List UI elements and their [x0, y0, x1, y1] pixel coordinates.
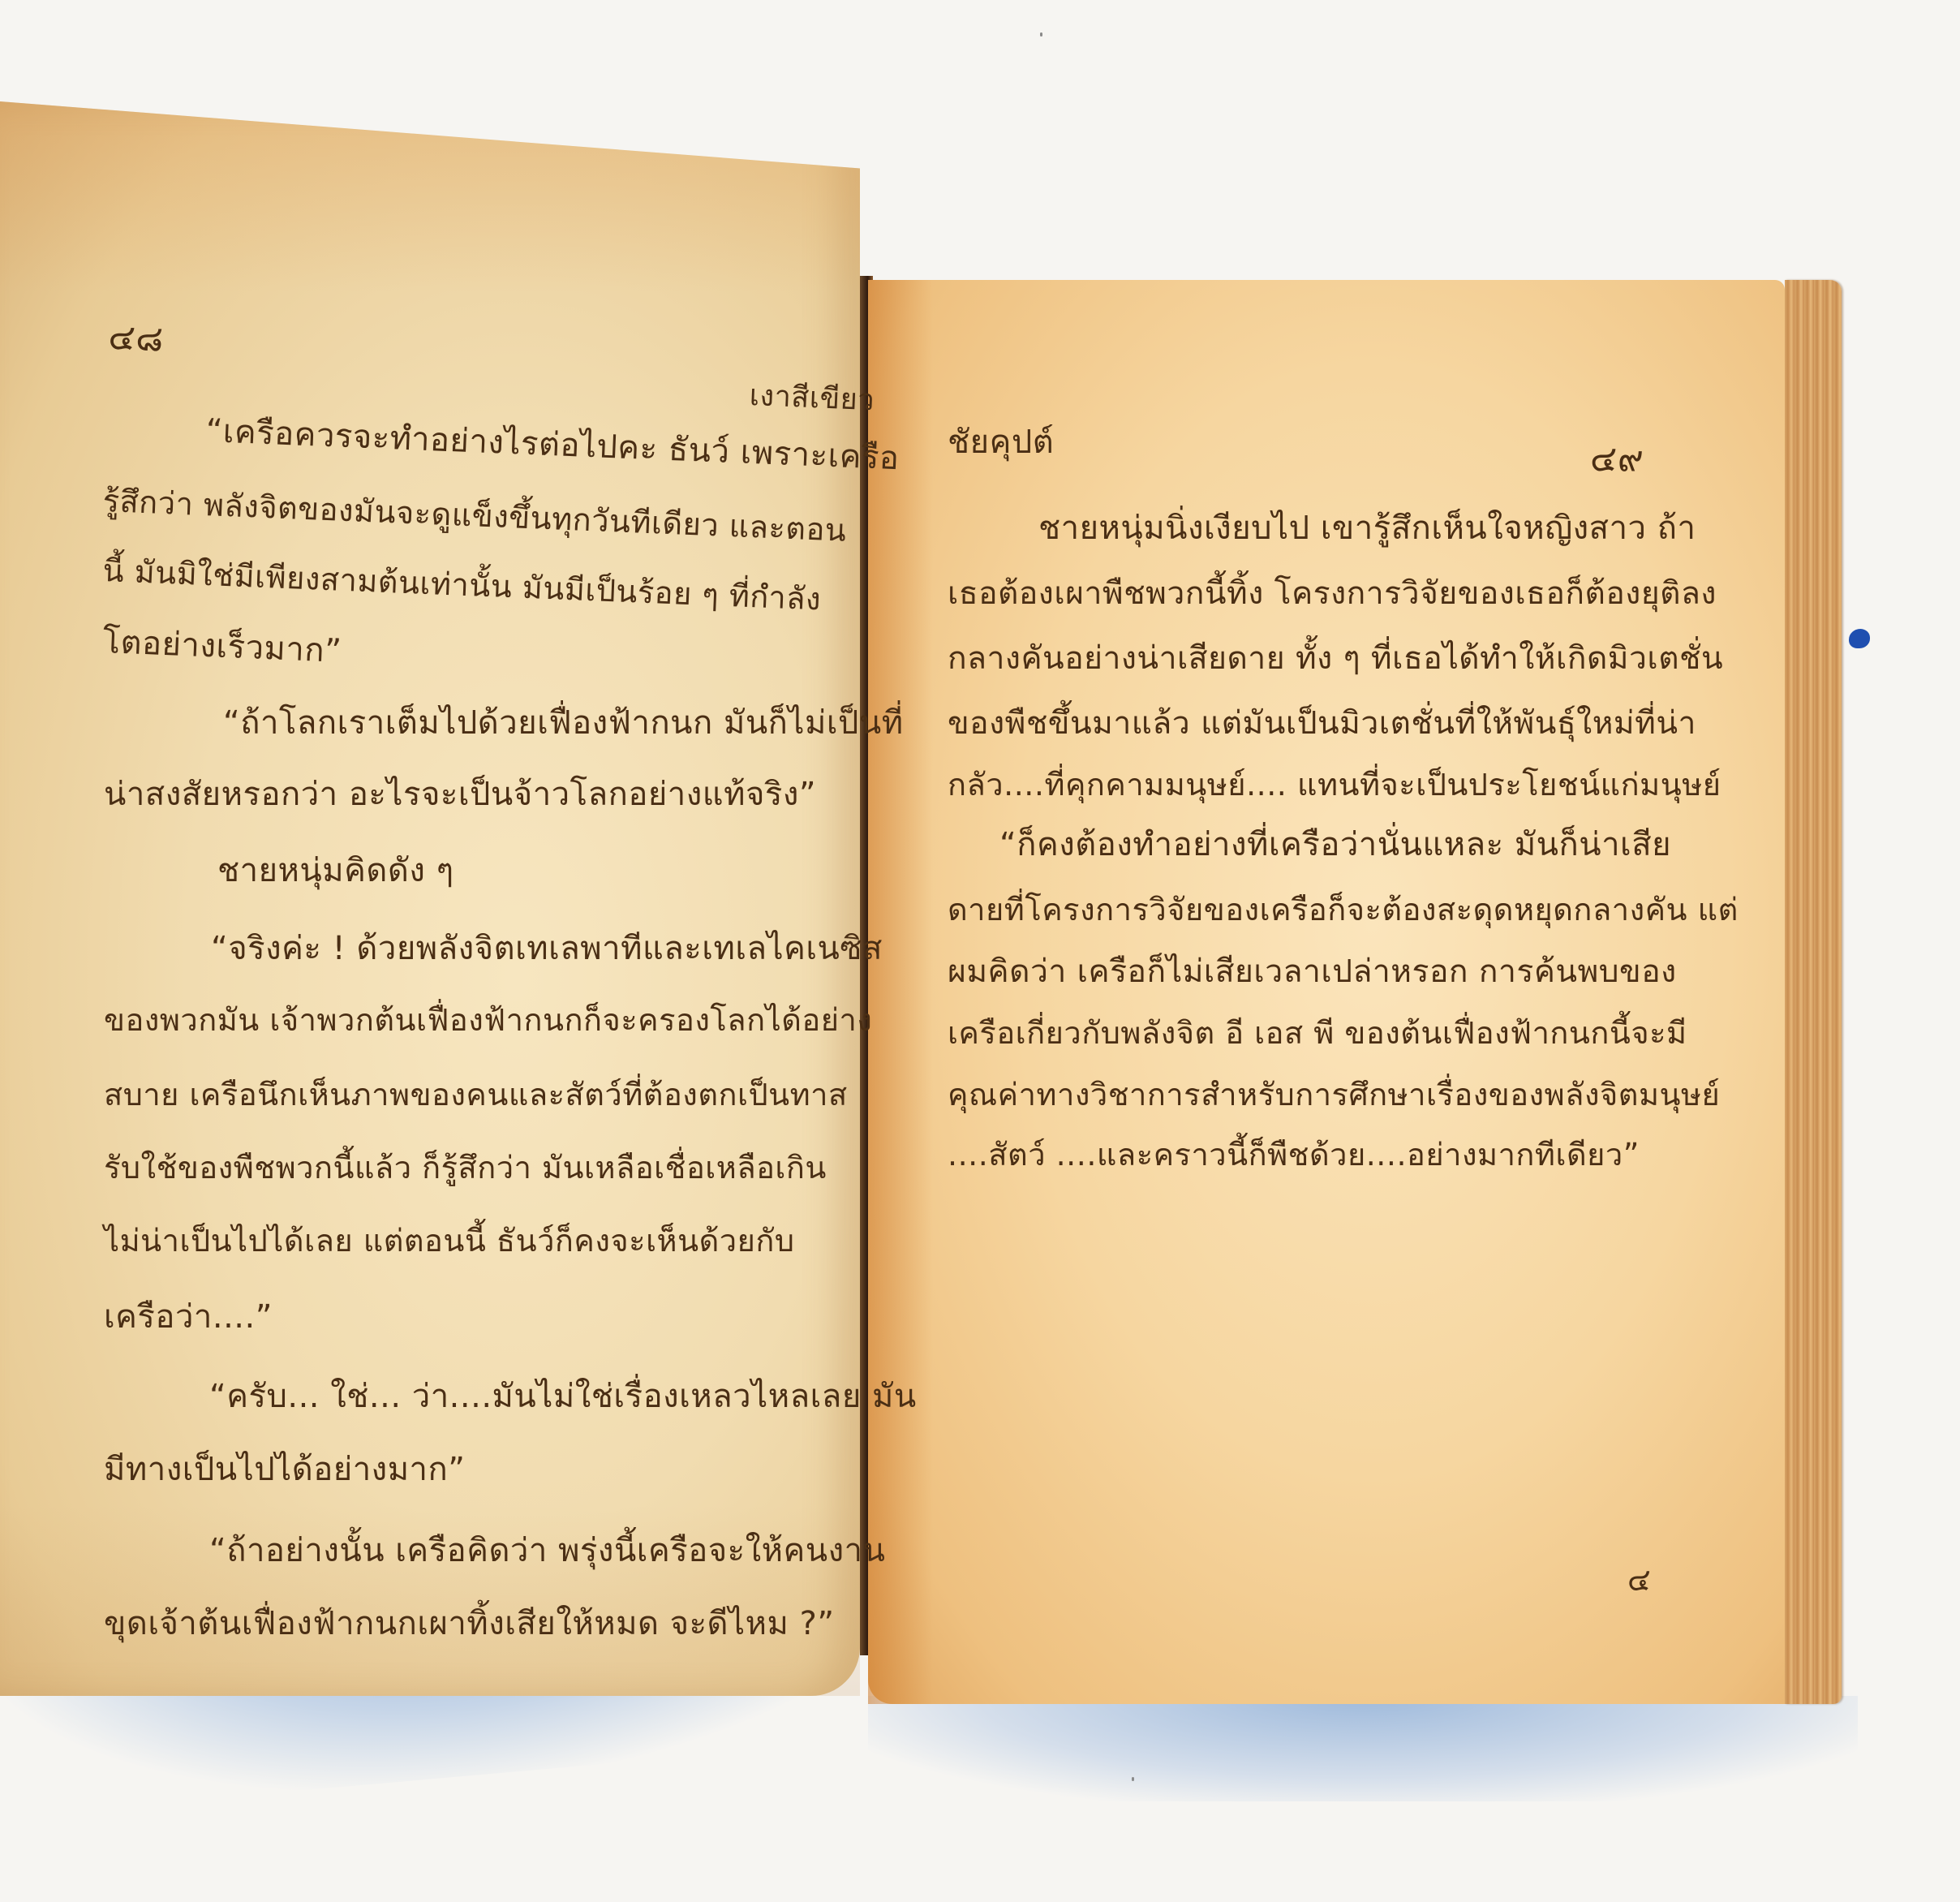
right-line: ชายหนุ่มนิ่งเงียบไป เขารู้สึกเห็นใจหญิงส…	[1038, 501, 1696, 553]
right-line: ของพืชขึ้นมาแล้ว แต่มันเป็นมิวเตชั่นที่ใ…	[948, 698, 1696, 748]
right-line: เธอต้องเผาพืชพวกนี้ทิ้ง โครงการวิจัยของเ…	[948, 568, 1717, 618]
signature-mark: ๔	[1627, 1555, 1651, 1604]
left-line: รับใช้ของพืชพวกนี้แล้ว ก็รู้สึกว่า มันเห…	[104, 1142, 827, 1192]
left-line: ไม่น่าเป็นไปได้เลย แต่ตอนนี้ ธันว์ก็คงจะ…	[104, 1216, 795, 1265]
right-line: กลางคันอย่างน่าเสียดาย ทั้ง ๆ ที่เธอได้ท…	[948, 633, 1723, 683]
left-line: “ถ้าโลกเราเต็มไปด้วยเฟื่องฟ้ากนก มันก็ไม…	[223, 696, 904, 748]
right-line: คุณค่าทางวิชาการสำหรับการศึกษาเรื่องของพ…	[948, 1069, 1720, 1119]
right-line: “ก็คงต้องทำอย่างที่เครือว่านั่นแหละ มันก…	[999, 818, 1671, 870]
left-line: “จริงค่ะ ! ด้วยพลังจิตเทเลพาทีและเทเลไคเ…	[211, 922, 883, 974]
right-page-number: ๔๙	[1590, 430, 1644, 487]
left-line: โตอย่างเร็วมาก”	[101, 615, 342, 677]
book-shadow-right	[868, 1696, 1858, 1801]
blue-ink-blot	[1849, 629, 1870, 648]
left-line: สบาย เครือนึกเห็นภาพของคนและสัตว์ที่ต้อง…	[104, 1069, 848, 1119]
left-line: น่าสงสัยหรอกว่า อะไรจะเป็นจ้าวโลกอย่างแท…	[104, 768, 816, 820]
page-edges	[1785, 280, 1842, 1704]
left-running-header: เงาสีเขียว	[749, 372, 875, 423]
left-line: ขุดเจ้าต้นเฟื่องฟ้ากนกเผาทิ้งเสียให้หมด …	[104, 1597, 835, 1649]
left-line: ของพวกมัน เจ้าพวกต้นเฟื่องฟ้ากนกก็จะครอง…	[104, 995, 872, 1044]
dust-speck	[1132, 1777, 1134, 1781]
left-line: “ครับ... ใช่... ว่า....มันไม่ใช่เรื่องเห…	[209, 1370, 917, 1422]
right-running-header: ชัยคุปต์	[948, 415, 1054, 467]
right-line: กลัว....ที่คุกคามมนุษย์.... แทนที่จะเป็น…	[948, 760, 1721, 809]
photo-scene: ๔๘ เงาสีเขียว “เครือควรจะทำอย่างไรต่อไปค…	[0, 0, 1960, 1902]
left-line: ชายหนุ่มคิดดัง ๆ	[217, 844, 454, 896]
left-line: มีทางเป็นไปได้อย่างมาก”	[104, 1443, 465, 1495]
right-line: ....สัตว์ ....และคราวนี้ก็พืชด้วย....อย่…	[948, 1130, 1640, 1179]
left-line: เครือว่า....”	[104, 1290, 273, 1342]
left-line: “ถ้าอย่างนั้น เครือคิดว่า พรุ่งนี้เครือจ…	[209, 1524, 886, 1576]
left-page-number: ๔๘	[107, 308, 165, 368]
dust-speck	[1040, 32, 1042, 37]
right-line: ผมคิดว่า เครือก็ไม่เสียเวลาเปล่าหรอก การ…	[948, 946, 1677, 996]
right-line: เครือเกี่ยวกับพลังจิต อี เอส พี ของต้นเฟ…	[948, 1008, 1687, 1057]
right-line: ดายที่โครงการวิจัยของเครือก็จะต้องสะดุดห…	[948, 884, 1739, 934]
